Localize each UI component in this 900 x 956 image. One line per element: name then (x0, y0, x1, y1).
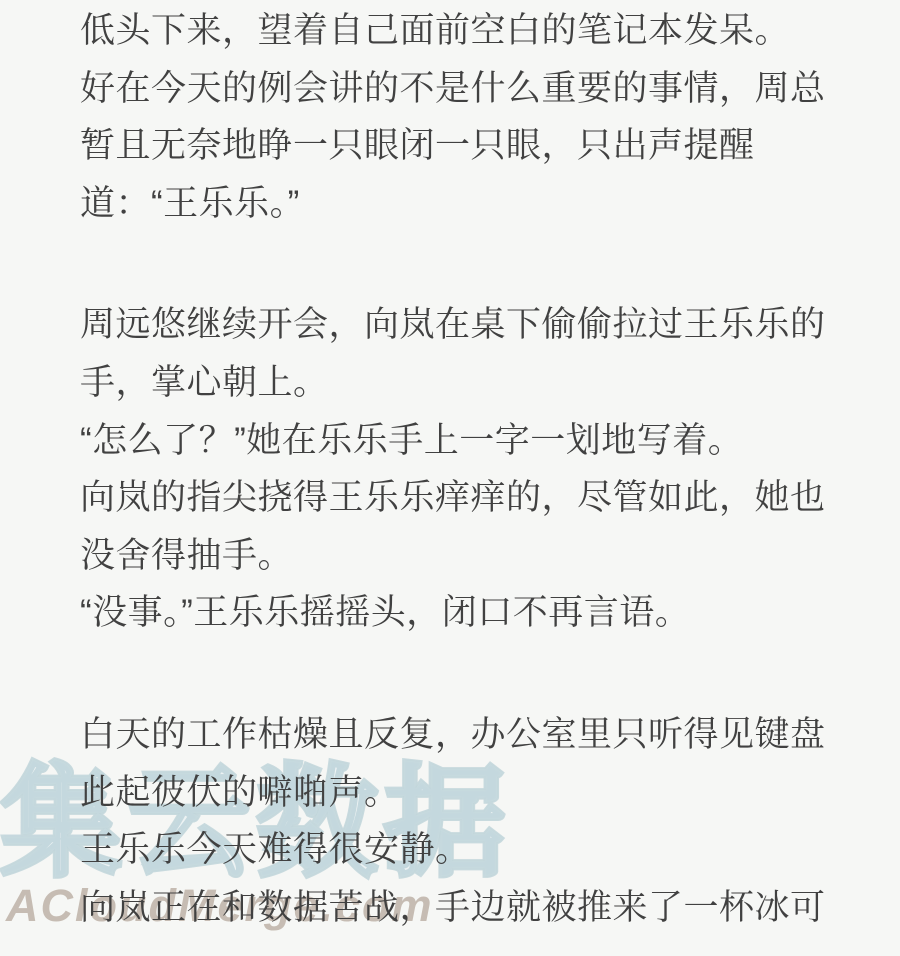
text-line: 好在今天的例会讲的不是什么重要的事情，周总 (80, 60, 840, 118)
paragraph: 周远悠继续开会，向岚在桌下偷偷拉过王乐乐的手，掌心朝上。“怎么了？”她在乐乐手上… (80, 296, 840, 642)
text-line: 向岚的指尖挠得王乐乐痒痒的，尽管如此，她也 (80, 469, 840, 527)
text-line: 没舍得抽手。 (80, 527, 840, 585)
text-line: 王乐乐今天难得很安静。 (80, 821, 840, 879)
text-line: 此起彼伏的噼啪声。 (80, 764, 840, 822)
text-line: “怎么了？”她在乐乐手上一字一划地写着。 (80, 412, 840, 470)
novel-text: 低头下来，望着自己面前空白的笔记本发呆。好在今天的例会讲的不是什么重要的事情，周… (0, 0, 900, 936)
text-line: 道：“王乐乐。” (80, 175, 840, 233)
reader-page: 集云数据 ACloudMerge.com 低头下来，望着自己面前空白的笔记本发呆… (0, 0, 900, 956)
paragraph: 低头下来，望着自己面前空白的笔记本发呆。好在今天的例会讲的不是什么重要的事情，周… (80, 2, 840, 232)
text-line: 暂且无奈地睁一只眼闭一只眼，只出声提醒 (80, 117, 840, 175)
text-line: 白天的工作枯燥且反复，办公室里只听得见键盘 (80, 706, 840, 764)
text-line: “没事。”王乐乐摇摇头，闭口不再言语。 (80, 584, 840, 642)
text-line: 向岚正在和数据苦战，手边就被推来了一杯冰可 (80, 879, 840, 937)
text-line: 手，掌心朝上。 (80, 354, 840, 412)
paragraph: 白天的工作枯燥且反复，办公室里只听得见键盘此起彼伏的噼啪声。王乐乐今天难得很安静… (80, 706, 840, 936)
text-line: 周远悠继续开会，向岚在桌下偷偷拉过王乐乐的 (80, 296, 840, 354)
text-line: 低头下来，望着自己面前空白的笔记本发呆。 (80, 2, 840, 60)
